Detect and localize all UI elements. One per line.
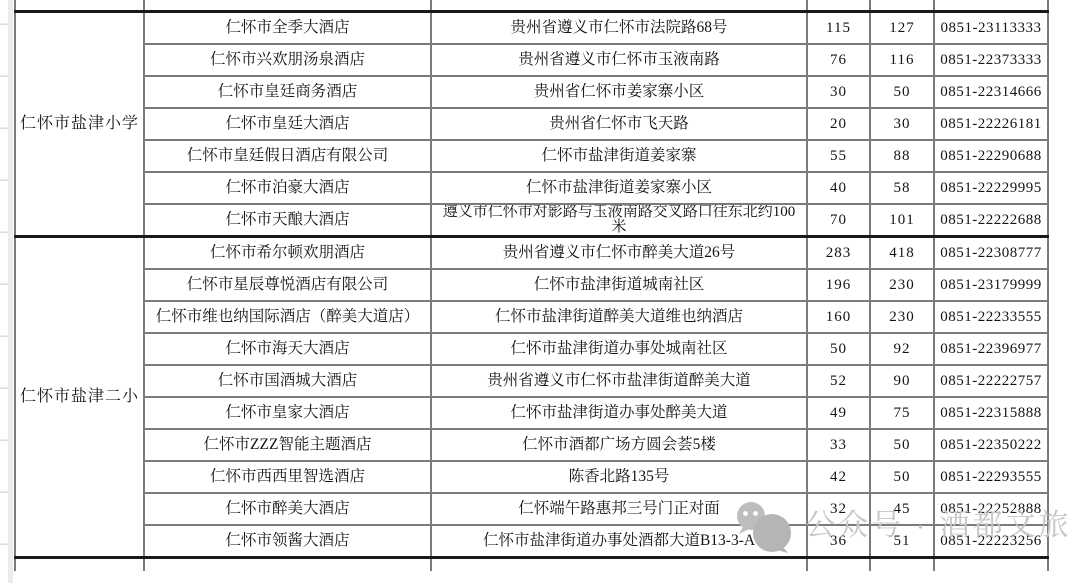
hotel-cell: 仁怀市星辰尊悦酒店有限公司 (144, 269, 431, 301)
address-cell: 仁怀市盐津街道办事处酒都大道B13-3-A (431, 525, 807, 558)
hotel-cell: 仁怀市皇家大酒店 (144, 397, 431, 429)
partial-cell (144, 0, 431, 12)
partial-cell (807, 0, 870, 12)
numeric-cell-2: 116 (870, 44, 934, 76)
partial-cell (144, 558, 431, 572)
phone-cell: 0851-22314666 (934, 76, 1048, 108)
hotel-cell: 仁怀市海天大酒店 (144, 333, 431, 365)
partial-cell (934, 0, 1048, 12)
hotel-cell: 仁怀市西西里智选酒店 (144, 461, 431, 493)
address-cell: 陈香北路135号 (431, 461, 807, 493)
phone-cell: 0851-22293555 (934, 461, 1048, 493)
numeric-cell-2: 30 (870, 108, 934, 140)
school-cell: 仁怀市盐津小学 (15, 12, 144, 237)
numeric-cell-2: 127 (870, 12, 934, 45)
numeric-cell-1: 52 (807, 365, 870, 397)
hotel-cell: 仁怀市皇廷大酒店 (144, 108, 431, 140)
hotel-cell: 仁怀市泊豪大酒店 (144, 172, 431, 204)
phone-cell: 0851-22222688 (934, 204, 1048, 237)
phone-cell: 0851-22226181 (934, 108, 1048, 140)
numeric-cell-2: 418 (870, 237, 934, 270)
partial-cell (934, 558, 1048, 572)
numeric-cell-1: 30 (807, 76, 870, 108)
address-cell: 仁怀市酒都广场方圆会荟5楼 (431, 429, 807, 461)
phone-cell: 0851-22308777 (934, 237, 1048, 270)
numeric-cell-1: 55 (807, 140, 870, 172)
hotel-cell: 仁怀市维也纳国际酒店（醉美大道店） (144, 301, 431, 333)
address-cell: 贵州省遵义市仁怀市玉液南路 (431, 44, 807, 76)
address-cell: 贵州省仁怀市姜家寨小区 (431, 76, 807, 108)
phone-cell: 0851-22223256 (934, 525, 1048, 558)
numeric-cell-1: 40 (807, 172, 870, 204)
hotel-cell: 仁怀市兴欢朋汤泉酒店 (144, 44, 431, 76)
numeric-cell-2: 88 (870, 140, 934, 172)
phone-cell: 0851-22373333 (934, 44, 1048, 76)
table-row: 仁怀市领酱大酒店仁怀市盐津街道办事处酒都大道B13-3-A36510851-22… (15, 525, 1048, 558)
address-cell: 遵义市仁怀市对影路与玉液南路交叉路口往东北约100米 (431, 204, 807, 237)
numeric-cell-2: 92 (870, 333, 934, 365)
phone-cell: 0851-22229995 (934, 172, 1048, 204)
numeric-cell-1: 33 (807, 429, 870, 461)
address-cell: 贵州省仁怀市飞天路 (431, 108, 807, 140)
numeric-cell-1: 32 (807, 493, 870, 525)
numeric-cell-2: 50 (870, 461, 934, 493)
table-row: 仁怀市维也纳国际酒店（醉美大道店）仁怀市盐津街道醉美大道维也纳酒店1602300… (15, 301, 1048, 333)
numeric-cell-2: 50 (870, 429, 934, 461)
numeric-cell-1: 49 (807, 397, 870, 429)
table-row: 仁怀市天酿大酒店遵义市仁怀市对影路与玉液南路交叉路口往东北约100米701010… (15, 204, 1048, 237)
address-cell: 仁怀市盐津街道办事处醉美大道 (431, 397, 807, 429)
phone-cell: 0851-22252888 (934, 493, 1048, 525)
numeric-cell-1: 20 (807, 108, 870, 140)
partial-cell (15, 558, 144, 572)
numeric-cell-2: 50 (870, 76, 934, 108)
numeric-cell-2: 51 (870, 525, 934, 558)
numeric-cell-1: 36 (807, 525, 870, 558)
table-row: 仁怀市星辰尊悦酒店有限公司仁怀市盐津街道城南社区1962300851-23179… (15, 269, 1048, 301)
address-cell: 贵州省遵义市仁怀市盐津街道醉美大道 (431, 365, 807, 397)
hotel-cell: 仁怀市ZZZ智能主题酒店 (144, 429, 431, 461)
table-row: 仁怀市ZZZ智能主题酒店仁怀市酒都广场方圆会荟5楼33500851-223502… (15, 429, 1048, 461)
numeric-cell-1: 160 (807, 301, 870, 333)
phone-cell: 0851-22396977 (934, 333, 1048, 365)
phone-cell: 0851-22233555 (934, 301, 1048, 333)
address-cell: 仁怀市盐津街道城南社区 (431, 269, 807, 301)
phone-cell: 0851-22350222 (934, 429, 1048, 461)
partial-cell (807, 558, 870, 572)
numeric-cell-1: 283 (807, 237, 870, 270)
address-cell: 仁怀市盐津街道办事处城南社区 (431, 333, 807, 365)
table-row: 仁怀市皇廷商务酒店贵州省仁怀市姜家寨小区30500851-22314666 (15, 76, 1048, 108)
numeric-cell-1: 76 (807, 44, 870, 76)
table-row: 仁怀市皇廷假日酒店有限公司仁怀市盐津街道姜家寨55880851-22290688 (15, 140, 1048, 172)
address-cell: 贵州省遵义市仁怀市法院路68号 (431, 12, 807, 45)
hotel-cell: 仁怀市皇廷假日酒店有限公司 (144, 140, 431, 172)
table-row: 仁怀市西西里智选酒店陈香北路135号42500851-22293555 (15, 461, 1048, 493)
spreadsheet-column-gridline (8, 0, 13, 583)
address-cell: 仁怀市盐津街道姜家寨小区 (431, 172, 807, 204)
table-row: 仁怀市醉美大酒店仁怀端午路惠邦三号门正对面32450851-22252888 (15, 493, 1048, 525)
numeric-cell-2: 58 (870, 172, 934, 204)
numeric-cell-2: 101 (870, 204, 934, 237)
hotel-cell: 仁怀市天酿大酒店 (144, 204, 431, 237)
hotel-table: 仁怀市盐津小学仁怀市全季大酒店贵州省遵义市仁怀市法院路68号1151270851… (14, 0, 1049, 571)
phone-cell: 0851-22290688 (934, 140, 1048, 172)
numeric-cell-1: 115 (807, 12, 870, 45)
numeric-cell-1: 42 (807, 461, 870, 493)
phone-cell: 0851-23179999 (934, 269, 1048, 301)
phone-cell: 0851-23113333 (934, 12, 1048, 45)
hotel-cell: 仁怀市领酱大酒店 (144, 525, 431, 558)
numeric-cell-1: 70 (807, 204, 870, 237)
hotel-cell: 仁怀市希尔顿欢朋酒店 (144, 237, 431, 270)
numeric-cell-1: 50 (807, 333, 870, 365)
numeric-cell-1: 196 (807, 269, 870, 301)
phone-cell: 0851-22222757 (934, 365, 1048, 397)
table-row: 仁怀市盐津二小仁怀市希尔顿欢朋酒店贵州省遵义市仁怀市醉美大道26号2834180… (15, 237, 1048, 270)
partial-row (15, 0, 1048, 12)
partial-cell (15, 0, 144, 12)
partial-cell (870, 0, 934, 12)
address-cell: 仁怀端午路惠邦三号门正对面 (431, 493, 807, 525)
address-cell: 贵州省遵义市仁怀市醉美大道26号 (431, 237, 807, 270)
table-row: 仁怀市泊豪大酒店仁怀市盐津街道姜家寨小区40580851-22229995 (15, 172, 1048, 204)
partial-row (15, 558, 1048, 572)
table-row: 仁怀市皇廷大酒店贵州省仁怀市飞天路20300851-22226181 (15, 108, 1048, 140)
address-cell: 仁怀市盐津街道姜家寨 (431, 140, 807, 172)
phone-cell: 0851-22315888 (934, 397, 1048, 429)
numeric-cell-2: 230 (870, 269, 934, 301)
table-row: 仁怀市盐津小学仁怀市全季大酒店贵州省遵义市仁怀市法院路68号1151270851… (15, 12, 1048, 45)
numeric-cell-2: 230 (870, 301, 934, 333)
table-row: 仁怀市海天大酒店仁怀市盐津街道办事处城南社区50920851-22396977 (15, 333, 1048, 365)
hotel-cell: 仁怀市国酒城大酒店 (144, 365, 431, 397)
numeric-cell-2: 75 (870, 397, 934, 429)
hotel-cell: 仁怀市全季大酒店 (144, 12, 431, 45)
numeric-cell-2: 45 (870, 493, 934, 525)
address-cell: 仁怀市盐津街道醉美大道维也纳酒店 (431, 301, 807, 333)
partial-cell (870, 558, 934, 572)
school-cell: 仁怀市盐津二小 (15, 237, 144, 558)
table-row: 仁怀市国酒城大酒店贵州省遵义市仁怀市盐津街道醉美大道52900851-22222… (15, 365, 1048, 397)
hotel-cell: 仁怀市醉美大酒店 (144, 493, 431, 525)
numeric-cell-2: 90 (870, 365, 934, 397)
partial-cell (431, 558, 807, 572)
partial-cell (431, 0, 807, 12)
table-row: 仁怀市兴欢朋汤泉酒店贵州省遵义市仁怀市玉液南路761160851-2237333… (15, 44, 1048, 76)
hotel-cell: 仁怀市皇廷商务酒店 (144, 76, 431, 108)
table-row: 仁怀市皇家大酒店仁怀市盐津街道办事处醉美大道49750851-22315888 (15, 397, 1048, 429)
